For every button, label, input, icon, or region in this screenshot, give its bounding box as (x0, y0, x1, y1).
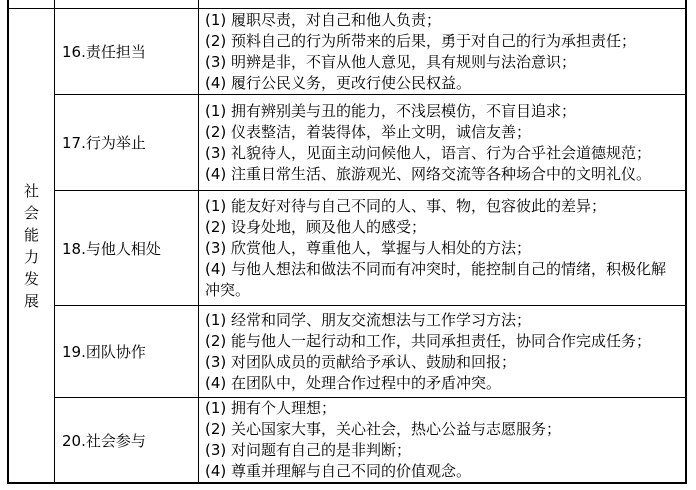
criteria-line: (2) 关心国家大事，关心社会，热心公益与志愿服务； (205, 419, 681, 440)
table-rows: 16.责任担当 (1) 履职尽责，对自己和他人负责； (2) 预料自己的行为所带… (55, 9, 685, 482)
criteria-cell: (1) 能友好对待与自己不同的人、事、物，包容彼此的差异； (2) 设身处地，顾… (199, 191, 685, 305)
remnant-dimension-cell (55, 0, 199, 8)
dimension-label: 16.责任担当 (55, 9, 199, 94)
table-row: 19.团队协作 (1) 经常和同学、朋友交流想法与工作学习方法； (2) 能与他… (55, 306, 685, 398)
criteria-line: (3) 对团队成员的贡献给予承认、鼓励和回报； (205, 352, 681, 373)
dimension-label: 17.行为举止 (55, 95, 199, 190)
table-row: 16.责任担当 (1) 履职尽责，对自己和他人负责； (2) 预料自己的行为所带… (55, 9, 685, 95)
previous-row-remnant (9, 0, 685, 9)
criteria-line: (3) 对问题有自己的是非判断； (205, 440, 681, 461)
dimension-label: 20.社会参与 (55, 398, 199, 482)
category-label: 社会能力发展 (24, 180, 40, 312)
criteria-line: (4) 履行公民义务，更改行使公民权益。 (205, 73, 681, 94)
criteria-cell: (1) 经常和同学、朋友交流想法与工作学习方法； (2) 能与他人一起行动和工作… (199, 306, 685, 397)
table-row: 20.社会参与 (1) 拥有个人理想； (2) 关心国家大事，关心社会，热心公益… (55, 398, 685, 482)
criteria-line: (4) 与他人想法和做法不同而有冲突时，能控制自己的情绪，积极化解冲突。 (205, 259, 681, 301)
dimension-label: 19.团队协作 (55, 306, 199, 397)
remnant-category-cell (9, 0, 55, 8)
criteria-line: (2) 仪表整洁，着装得体，举止文明，诚信友善； (205, 122, 681, 143)
criteria-line: (1) 经常和同学、朋友交流想法与工作学习方法； (205, 310, 681, 331)
criteria-line: (4) 尊重并理解与自己不同的价值观念。 (205, 461, 681, 482)
dimension-label: 18.与他人相处 (55, 191, 199, 305)
remnant-criteria-cell (199, 0, 685, 8)
criteria-line: (1) 拥有个人理想； (205, 398, 681, 419)
criteria-line: (4) 注重日常生活、旅游观光、网络交流等各种场合中的文明礼仪。 (205, 164, 681, 185)
criteria-cell: (1) 拥有个人理想； (2) 关心国家大事，关心社会，热心公益与志愿服务； (… (199, 398, 685, 482)
criteria-line: (2) 预料自己的行为所带来的后果，勇于对自己的行为承担责任； (205, 31, 681, 52)
criteria-line: (3) 欣赏他人，尊重他人，掌握与人相处的方法； (205, 238, 681, 259)
criteria-line: (2) 设身处地，顾及他人的感受； (205, 217, 681, 238)
table-body: 社会能力发展 16.责任担当 (1) 履职尽责，对自己和他人负责； (2) 预料… (9, 9, 685, 482)
table-row: 17.行为举止 (1) 拥有辨别美与丑的能力，不浅层模仿，不盲目追求； (2) … (55, 95, 685, 191)
table-row: 18.与他人相处 (1) 能友好对待与自己不同的人、事、物，包容彼此的差异； (… (55, 191, 685, 306)
category-cell: 社会能力发展 (9, 9, 55, 482)
criteria-line: (3) 明辨是非，不盲从他人意见，具有规则与法治意识； (205, 52, 681, 73)
criteria-line: (1) 能友好对待与自己不同的人、事、物，包容彼此的差异； (205, 196, 681, 217)
assessment-table: 社会能力发展 16.责任担当 (1) 履职尽责，对自己和他人负责； (2) 预料… (7, 0, 687, 484)
document-page: 社会能力发展 16.责任担当 (1) 履职尽责，对自己和他人负责； (2) 预料… (0, 0, 696, 490)
criteria-line: (4) 在团队中，处理合作过程中的矛盾冲突。 (205, 373, 681, 394)
criteria-line: (1) 拥有辨别美与丑的能力，不浅层模仿，不盲目追求； (205, 101, 681, 122)
criteria-line: (3) 礼貌待人，见面主动问候他人，语言、行为合乎社会道德规范； (205, 143, 681, 164)
criteria-line: (1) 履职尽责，对自己和他人负责； (205, 10, 681, 31)
criteria-line: (2) 能与他人一起行动和工作，共同承担责任，协同合作完成任务； (205, 331, 681, 352)
criteria-cell: (1) 履职尽责，对自己和他人负责； (2) 预料自己的行为所带来的后果，勇于对… (199, 9, 685, 94)
criteria-cell: (1) 拥有辨别美与丑的能力，不浅层模仿，不盲目追求； (2) 仪表整洁，着装得… (199, 95, 685, 190)
